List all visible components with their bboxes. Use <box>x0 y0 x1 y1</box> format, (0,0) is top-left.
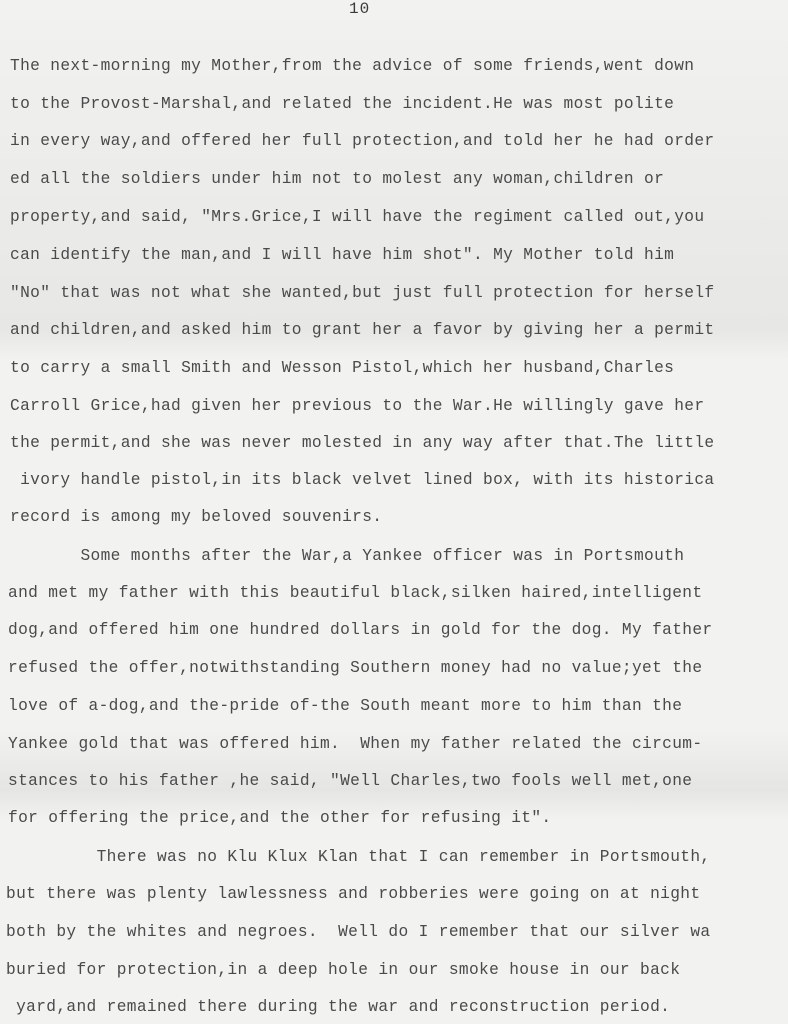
text-line: both by the whites and negroes. Well do … <box>6 922 711 942</box>
text-line: and met my father with this beautiful bl… <box>8 583 702 603</box>
text-line: Some months after the War,a Yankee offic… <box>10 546 684 566</box>
text-line: to carry a small Smith and Wesson Pistol… <box>10 358 674 378</box>
text-line: record is among my beloved souvenirs. <box>10 507 382 527</box>
text-line: and children,and asked him to grant her … <box>10 320 715 340</box>
text-line: love of a-dog,and the-pride of-the South… <box>8 696 682 716</box>
text-line: refused the offer,notwithstanding Southe… <box>8 658 702 678</box>
text-line: but there was plenty lawlessness and rob… <box>6 884 700 904</box>
typewritten-page: 10 The next-morning my Mother,from the a… <box>0 0 788 1024</box>
text-line: yard,and remained there during the war a… <box>6 997 670 1017</box>
text-line: property,and said, "Mrs.Grice,I will hav… <box>10 207 704 227</box>
text-line: for offering the price,and the other for… <box>8 808 551 828</box>
text-line: in every way,and offered her full protec… <box>10 131 715 151</box>
text-line: There was no Klu Klux Klan that I can re… <box>6 847 711 867</box>
text-line: to the Provost-Marshal,and related the i… <box>10 94 674 114</box>
text-line: ed all the soldiers under him not to mol… <box>10 169 664 189</box>
text-line: The next-morning my Mother,from the advi… <box>10 56 694 76</box>
text-line: stances to his father ,he said, "Well Ch… <box>8 771 692 791</box>
text-line: the permit,and she was never molested in… <box>10 433 715 453</box>
text-line: ivory handle pistol,in its black velvet … <box>10 470 715 490</box>
text-line: Carroll Grice,had given her previous to … <box>10 396 704 416</box>
text-line: Yankee gold that was offered him. When m… <box>8 734 702 754</box>
text-line: can identify the man,and I will have him… <box>10 245 674 265</box>
text-line: "No" that was not what she wanted,but ju… <box>10 283 715 303</box>
text-line: buried for protection,in a deep hole in … <box>6 960 680 980</box>
page-number: 10 <box>349 0 370 18</box>
text-line: dog,and offered him one hundred dollars … <box>8 620 713 640</box>
